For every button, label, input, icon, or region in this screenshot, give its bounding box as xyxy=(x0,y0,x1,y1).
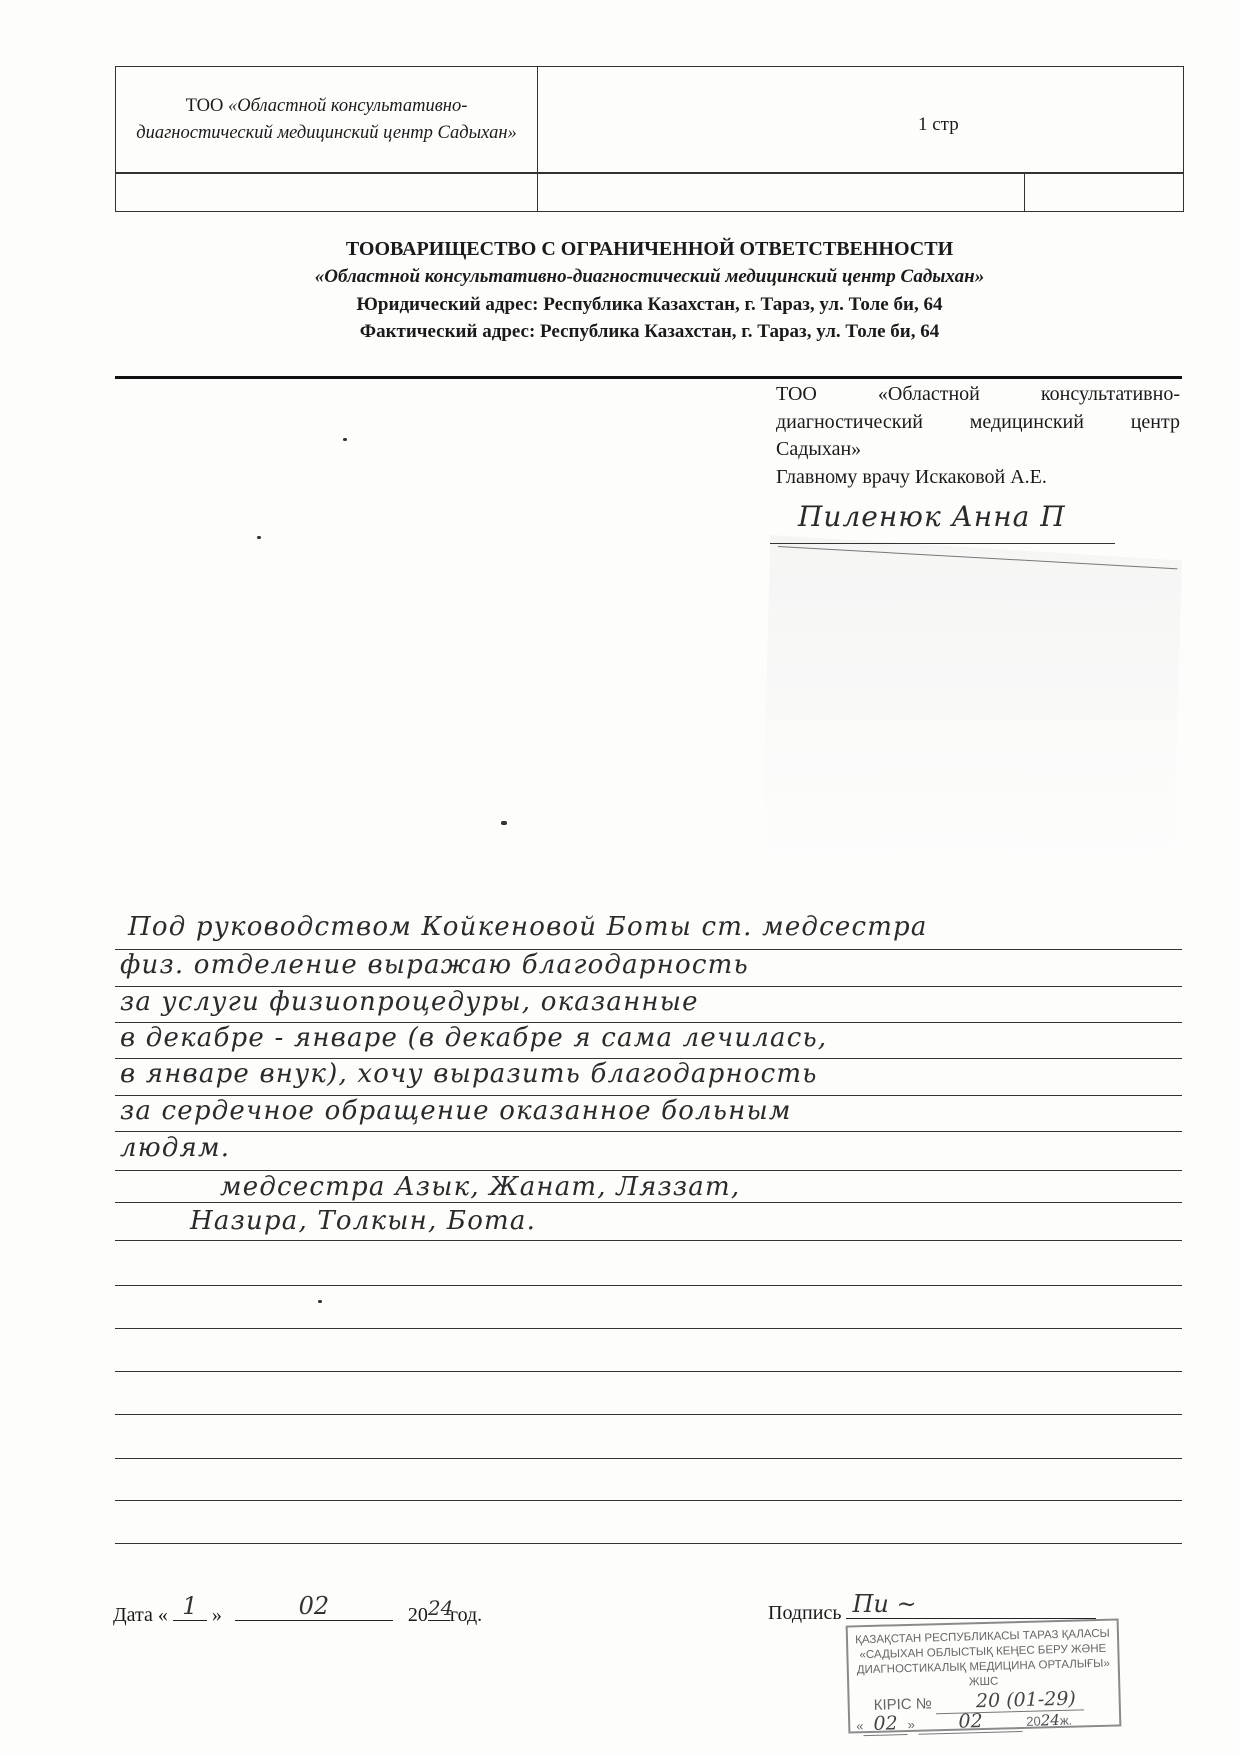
page-number: 1 стр xyxy=(918,108,959,142)
handwritten-line: в декабре - январе (в декабре я сама леч… xyxy=(120,1023,827,1053)
sender-name-handwritten: Пиленюк Анна П xyxy=(798,500,1066,533)
handwritten-line: в январе внук), хочу выразить благодарно… xyxy=(120,1059,818,1089)
table-divider xyxy=(1024,172,1025,211)
handwritten-line: за сердечное обращение оказанное больным xyxy=(120,1096,792,1126)
sender-underline xyxy=(770,543,1115,544)
stamp-date-month: 02 xyxy=(918,1709,1023,1735)
ruled-line xyxy=(115,1500,1182,1501)
letterhead-divider xyxy=(115,376,1182,379)
stamp-date-row: «02» 02 2024ж. xyxy=(850,1710,1119,1733)
actual-address: Фактический адрес: Республика Казахстан,… xyxy=(115,321,1184,343)
date-year-field: 24 xyxy=(428,1598,450,1621)
header-org-prefix: ТОО xyxy=(186,96,228,116)
ruled-line xyxy=(115,1371,1182,1372)
date-row: Дата « 1 » 02 2024год. xyxy=(113,1598,482,1627)
date-day-field: 1 xyxy=(173,1598,207,1621)
scan-speck xyxy=(343,438,347,441)
scan-speck xyxy=(318,1300,322,1303)
ruled-line xyxy=(115,1543,1182,1544)
table-divider xyxy=(537,67,538,211)
handwritten-line: Назира, Толкын, Бота. xyxy=(190,1206,536,1236)
legal-address: Юридический адрес: Республика Казахстан,… xyxy=(115,294,1184,316)
scan-overlay-patch xyxy=(762,535,1182,855)
ruled-line xyxy=(115,1202,1182,1203)
scan-speck xyxy=(501,821,507,825)
scan-speck xyxy=(257,536,261,539)
stamp-date-suffix: ж. xyxy=(1060,1713,1073,1728)
date-label: Дата « xyxy=(113,1604,168,1626)
signature-field: Пи ~ xyxy=(846,1594,1096,1619)
handwritten-line: физ. отделение выражаю благодарность xyxy=(120,950,749,980)
addressee-line: диагностический медицинский центр xyxy=(776,409,1180,437)
ruled-line xyxy=(115,1131,1182,1132)
ruled-line xyxy=(115,1328,1182,1329)
stamp-date-year-prefix: 20 xyxy=(1026,1714,1041,1729)
ruled-line xyxy=(115,1285,1182,1286)
ruled-line xyxy=(115,1170,1182,1171)
letterhead-title: ТООВАРИЩЕСТВО С ОГРАНИЧЕННОЙ ОТВЕТСТВЕНН… xyxy=(115,238,1184,261)
stamp-date-day: 02 xyxy=(863,1712,908,1736)
handwritten-line: за услуги физиопроцедуры, оказанные xyxy=(120,987,699,1017)
table-divider xyxy=(116,172,1183,174)
letterhead-org-name: «Областной консультативно-диагностически… xyxy=(115,266,1184,288)
addressee-line: Главному врачу Искаковой А.Е. xyxy=(776,464,1180,492)
ruled-line xyxy=(115,1240,1182,1241)
registration-stamp: ҚАЗАҚСТАН РЕСПУБЛИКАСЫ ТАРАЗ ҚАЛАСЫ «САД… xyxy=(846,1618,1122,1733)
addressee-line: Садыхан» xyxy=(776,436,1180,464)
handwritten-line: медсестра Азык, Жанат, Ляззат, xyxy=(220,1172,740,1202)
handwritten-line: Под руководством Койкеновой Боты ст. мед… xyxy=(128,912,928,942)
date-month-field: 02 xyxy=(235,1598,393,1621)
stamp-date-year-suffix: 24 xyxy=(1040,1711,1060,1729)
date-year-suffix: год. xyxy=(450,1604,482,1626)
date-year-prefix: 20 xyxy=(408,1604,428,1626)
ruled-line xyxy=(115,1458,1182,1459)
addressee-line: ТОО «Областной консультативно- xyxy=(776,381,1180,409)
header-org-cell: ТОО «Областной консультативно-диагностич… xyxy=(116,67,537,172)
ruled-line xyxy=(115,1414,1182,1415)
addressee-block: ТОО «Областной консультативно- диагности… xyxy=(776,381,1180,491)
handwritten-line: людям. xyxy=(120,1133,230,1163)
date-close-quote: » xyxy=(212,1604,222,1626)
signature-label: Подпись xyxy=(768,1602,841,1624)
header-table: ТОО «Областной консультативно-диагностич… xyxy=(115,66,1184,212)
